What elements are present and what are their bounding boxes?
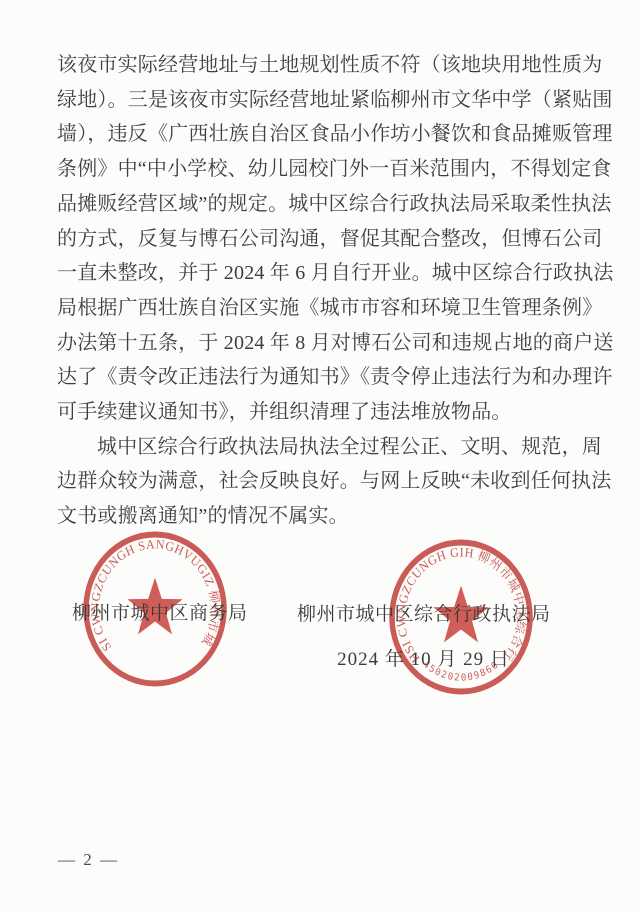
body-line: 局根据广西壮族自治区实施《城市市容和环境卫生管理条例》 <box>57 291 602 326</box>
right-signature-org: 柳州市城中区综合行政执法局 <box>297 599 547 626</box>
body-line: 达了《责令改正违法行为通知书》《责令停止违法行为和办理许 <box>57 360 602 395</box>
body-line: 条例》中“中小学校、幼儿园校门外一百米范围内，不得划定食 <box>57 152 602 187</box>
body-line: 边群众较为满意，社会反映良好。与网上反映“未收到任何执法 <box>57 464 602 499</box>
body-line: 该夜市实际经营地址与土地规划性质不符（该地块用地性质为 <box>57 48 602 83</box>
body-line: 品摊贩经营区域”的规定。城中区综合行政执法局采取柔性执法 <box>57 187 602 222</box>
left-signature-org: 柳州市城中区商务局 <box>72 598 248 625</box>
body-line: 墙），违反《广西壮族自治区食品小作坊小餐饮和食品摊贩管理 <box>57 117 602 152</box>
page-number: — 2 — <box>58 850 119 870</box>
body-line: 城中区综合行政执法局执法全过程公正、文明、规范，周 <box>57 430 602 465</box>
body-line: 可手续建议通知书》，并组织清理了违法堆放物品。 <box>57 395 602 430</box>
signature-date: 2024 年 10 月 29 日 <box>336 644 511 671</box>
body-line: 的方式，反复与博石公司沟通，督促其配合整改，但博石公司 <box>57 222 602 257</box>
body-line: 绿地）。三是该夜市实际经营地址紧临柳州市文华中学（紧贴围 <box>57 83 602 118</box>
body-line: 办法第十五条，于 2024 年 8 月对博石公司和违规占地的商户送 <box>57 326 602 361</box>
document-body: 该夜市实际经营地址与土地规划性质不符（该地块用地性质为 绿地）。三是该夜市实际经… <box>57 48 602 534</box>
scanned-document-page: 该夜市实际经营地址与土地规划性质不符（该地块用地性质为 绿地）。三是该夜市实际经… <box>0 0 640 912</box>
body-line: 一直未整改，并于 2024 年 6 月自行开业。城中区综合行政执法 <box>57 256 602 291</box>
